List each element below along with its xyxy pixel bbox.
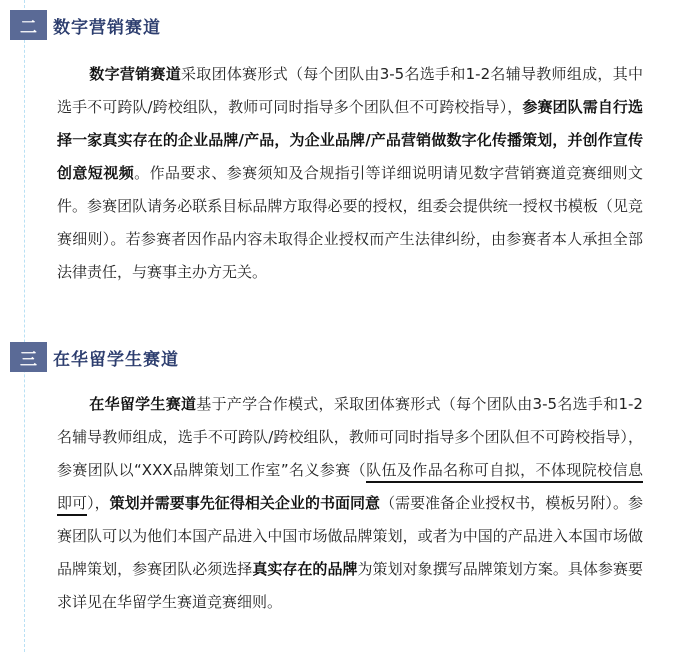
body-text: 。作品要求、参赛须知及合规指引等详细说明请见数字营销赛道竞赛细则文件。参赛团队请…	[57, 164, 643, 281]
bold-text: 策划并需要事先征得相关企业的书面同意	[110, 494, 380, 512]
section-title: 在华留学生赛道	[53, 345, 179, 370]
section-header-digital-marketing: 二 数字营销赛道	[10, 10, 161, 40]
section-paragraph-international-students: 在华留学生赛道基于产学合作模式，采取团体赛形式（每个团队由3-5名选手和1-2名…	[57, 388, 643, 619]
bold-text: 数字营销赛道	[89, 65, 181, 83]
section-title: 数字营销赛道	[53, 13, 161, 38]
body-text: ），	[87, 494, 110, 512]
section-number-badge: 三	[10, 342, 47, 372]
section-header-international-students: 三 在华留学生赛道	[10, 342, 179, 372]
section-number-badge: 二	[10, 10, 47, 40]
bold-text: 真实存在的品牌	[252, 560, 357, 578]
dashed-guide-line	[24, 0, 25, 652]
section-paragraph-digital-marketing: 数字营销赛道采取团体赛形式（每个团队由3-5名选手和1-2名辅导教师组成，其中选…	[57, 58, 643, 289]
bold-text: 在华留学生赛道	[89, 395, 196, 413]
